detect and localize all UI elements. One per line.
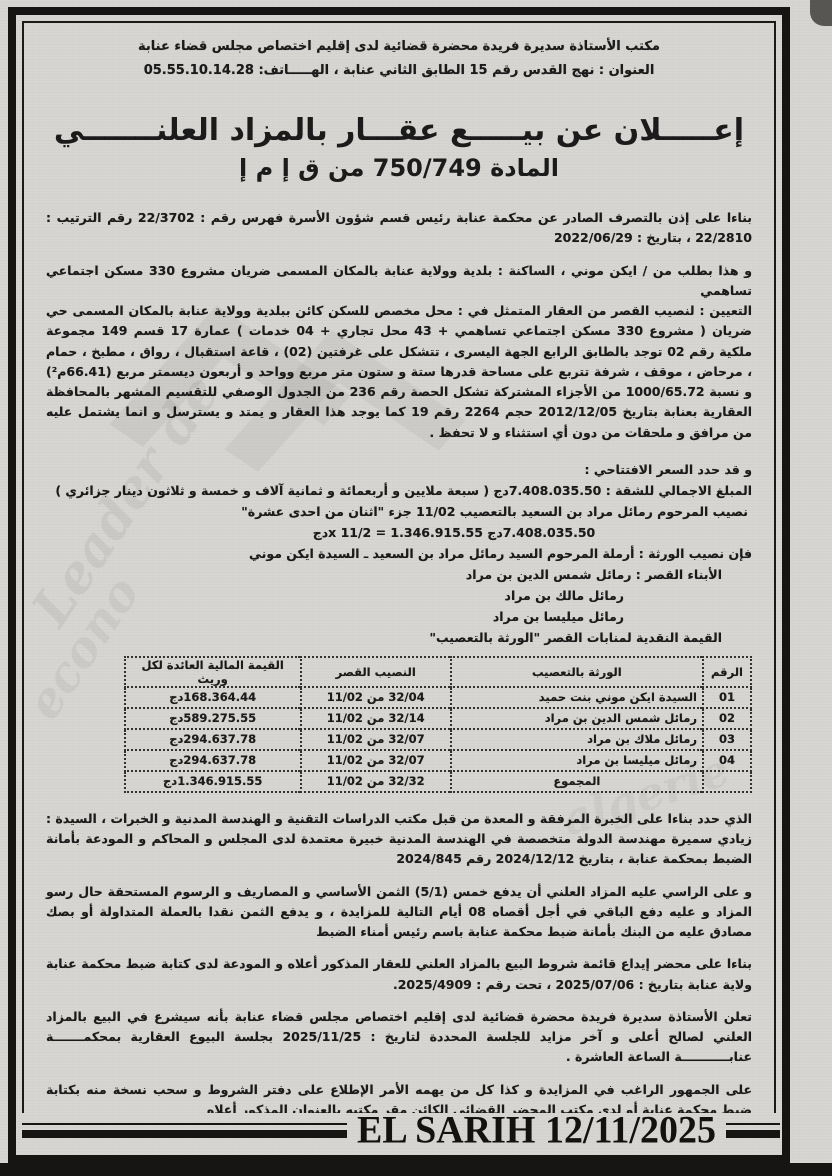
price-equation-line: 7.408.035.50دج x 11/2 = 1.346.915.55دج bbox=[46, 522, 752, 543]
table-row: 04 رمائل ميليسا بن مراد 32/07 من 11/02 2… bbox=[125, 750, 751, 771]
cell-total-label: المجموع bbox=[451, 771, 703, 792]
legal-article-line: المادة 750/749 من ق إ م إ bbox=[46, 154, 752, 182]
header-number: الرقم bbox=[703, 657, 751, 687]
header-minor-share: النصيب القصر bbox=[301, 657, 451, 687]
cell-share: 32/14 من 11/02 bbox=[301, 708, 451, 729]
footer-rule-left bbox=[22, 1123, 347, 1138]
cell-share: 32/07 من 11/02 bbox=[301, 750, 451, 771]
cell-value: 294.637.78دج bbox=[125, 729, 301, 750]
announcement-content: مكتب الأستاذة سديرة فريدة محضرة قضائية ل… bbox=[46, 35, 752, 1113]
newspaper-footer-band: EL SARIH 12/11/2025 bbox=[22, 1107, 780, 1153]
cell-number: 01 bbox=[703, 687, 751, 708]
paragraph-payment: و على الراسي عليه المزاد العلني أن يدفع … bbox=[46, 882, 752, 943]
cell-number bbox=[703, 771, 751, 792]
heirs-children-intro-line: الأبناء القصر : رمائل شمس الدين بن مراد bbox=[46, 564, 752, 585]
paragraph-deposit: بناءا على محضر إيداع قائمة شروط البيع با… bbox=[46, 954, 752, 995]
paragraph-expert: الذي حدد بناءا على الخبرة المرفقة و المع… bbox=[46, 809, 752, 870]
newspaper-name-date: EL SARIH 12/11/2025 bbox=[357, 1107, 716, 1153]
heirs-value-title-line: القيمة النقدية لمنابات القصر "الورثة بال… bbox=[46, 627, 752, 648]
scanned-newspaper-page: Leader de econo algerie مكتب الأستاذة سد… bbox=[0, 0, 832, 1176]
cell-value: 1.346.915.55دج bbox=[125, 771, 301, 792]
paragraph-request: و هذا بطلب من / ايكن موني ، الساكنة : بل… bbox=[46, 261, 752, 302]
paragraph-designation: التعيين : لنصيب القصر من العقار المتمثل … bbox=[46, 301, 752, 443]
heirs-child-3-line: رمائل ميليسا بن مراد bbox=[46, 606, 752, 627]
heirs-shares-table: الرقم الورثة بالتعصيب النصيب القصر القيم… bbox=[124, 656, 752, 793]
bailiff-office-line: مكتب الأستاذة سديرة فريدة محضرة قضائية ل… bbox=[46, 35, 752, 59]
cell-number: 04 bbox=[703, 750, 751, 771]
price-intro-line: و قد حدد السعر الافتتاحي : bbox=[46, 459, 752, 480]
table-header-row: الرقم الورثة بالتعصيب النصيب القصر القيم… bbox=[125, 657, 751, 687]
cell-number: 02 bbox=[703, 708, 751, 729]
heirs-widow-line: فإن نصيب الورثة : أرملة المرحوم السيد رم… bbox=[46, 543, 752, 564]
cell-value: 589.275.55دج bbox=[125, 708, 301, 729]
price-total-line: المبلغ الاجمالي للشقة : 7.408.035.50دج (… bbox=[46, 480, 752, 501]
paragraph-announcement: تعلن الأستاذة سديرة فريدة محضرة قضائية ل… bbox=[46, 1007, 752, 1068]
office-address-line: العنوان : نهج القدس رقم 15 الطابق الثاني… bbox=[46, 59, 752, 83]
paragraph-authorization: بناءا على إذن بالتصرف الصادر عن محكمة عن… bbox=[46, 208, 752, 249]
cell-share: 32/04 من 11/02 bbox=[301, 687, 451, 708]
cell-heir: رمائل ملاك بن مراد bbox=[451, 729, 703, 750]
page-bottom-rule bbox=[0, 1163, 832, 1176]
header-heirs: الورثة بالتعصيب bbox=[451, 657, 703, 687]
cell-heir: رمائل شمس الدين بن مراد bbox=[451, 708, 703, 729]
price-share-line: نصيب المرحوم رمائل مراد بن السعيد بالتعص… bbox=[46, 501, 752, 522]
table-row: 03 رمائل ملاك بن مراد 32/07 من 11/02 294… bbox=[125, 729, 751, 750]
cell-value: 168.364.44دج bbox=[125, 687, 301, 708]
announcement-inner-frame: مكتب الأستاذة سديرة فريدة محضرة قضائية ل… bbox=[22, 21, 776, 1113]
footer-rule-right bbox=[726, 1123, 780, 1138]
table-row: 02 رمائل شمس الدين بن مراد 32/14 من 11/0… bbox=[125, 708, 751, 729]
announcement-title: إعـــــلان عن بيـــــع عقـــار بالمزاد ا… bbox=[46, 113, 752, 148]
announcement-frame: مكتب الأستاذة سديرة فريدة محضرة قضائية ل… bbox=[8, 7, 790, 1163]
cell-share: 32/32 من 11/02 bbox=[301, 771, 451, 792]
table-row: 01 السيدة ايكن موني بنت حميد 32/04 من 11… bbox=[125, 687, 751, 708]
cell-number: 03 bbox=[703, 729, 751, 750]
scan-smudge bbox=[810, 0, 832, 26]
cell-share: 32/07 من 11/02 bbox=[301, 729, 451, 750]
header-monetary-value: القيمة المالية العائدة لكل وريث bbox=[125, 657, 301, 687]
heirs-child-2-line: رمائل مالك بن مراد bbox=[46, 585, 752, 606]
cell-value: 294.637.78دج bbox=[125, 750, 301, 771]
table-total-row: المجموع 32/32 من 11/02 1.346.915.55دج bbox=[125, 771, 751, 792]
cell-heir: السيدة ايكن موني بنت حميد bbox=[451, 687, 703, 708]
cell-heir: رمائل ميليسا بن مراد bbox=[451, 750, 703, 771]
